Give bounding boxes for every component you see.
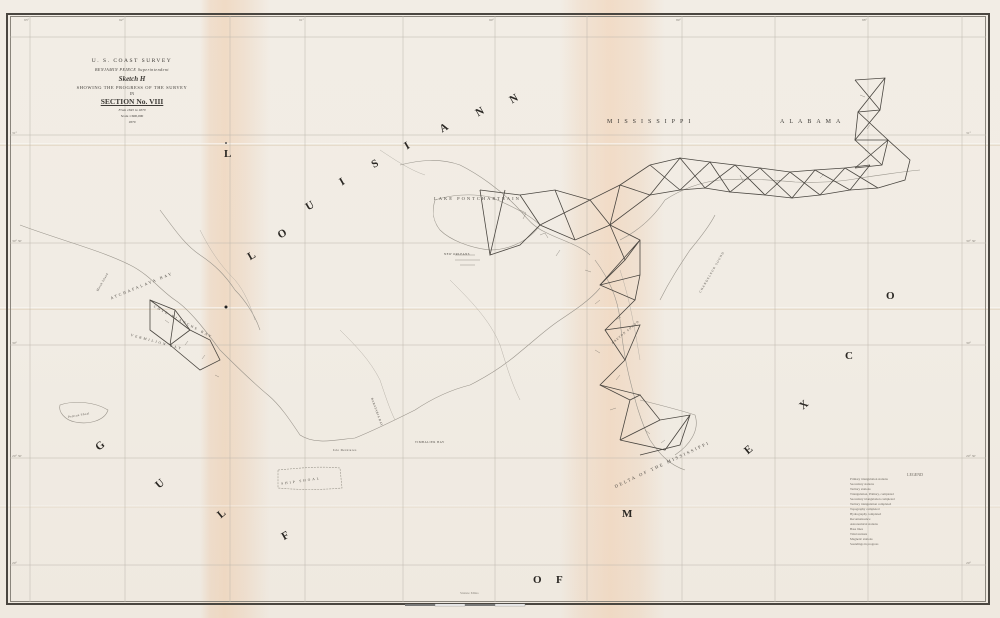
coord-top: 93° [24, 18, 29, 22]
scale-note: Scale 1:600,000 [62, 114, 202, 118]
coord-top: 92° [119, 18, 124, 22]
agency-title: U. S. COAST SURVEY [62, 58, 202, 64]
label-gulf-letter: F [556, 574, 563, 586]
sketch-title: Sketch H [62, 75, 202, 83]
coord-right: 30° 30' [966, 239, 976, 243]
year: 1870 [62, 120, 202, 124]
fold-mark [225, 142, 227, 144]
coord-top: 90° [489, 18, 494, 22]
section-title: SECTION No. VIII [62, 97, 202, 106]
label-gulf-letter: M [622, 508, 632, 520]
station-detail [165, 95, 870, 443]
scale-bar [405, 596, 555, 600]
subtitle: SHOWING THE PROGRESS OF THE SURVEY [62, 85, 202, 90]
label-isle-dernieres: Isle Dernieres [333, 448, 357, 452]
coord-right: 30° [966, 341, 971, 345]
coord-right: 29° 30' [966, 454, 976, 458]
title-block: U. S. COAST SURVEY BENJAMIN PEIRCE Super… [62, 58, 202, 124]
coord-left: 29° [12, 561, 17, 565]
label-gulf-letter: C [845, 350, 853, 362]
scale-label: Statute Miles [460, 591, 479, 595]
label-mississippi: MISSISSIPPI [607, 119, 695, 125]
label-new-orleans: NEW ORLEANS [444, 252, 470, 256]
coord-left: 30° 30' [12, 239, 22, 243]
coord-right: 31° [966, 131, 971, 135]
coord-top: 88° [862, 18, 867, 22]
coord-top: 89° [676, 18, 681, 22]
coord-right: 29° [966, 561, 971, 565]
label-timbalier-bay: TIMBALIER BAY [415, 440, 445, 444]
label-louisiana-letter: L [224, 148, 231, 160]
coastline [20, 160, 920, 489]
coord-left: 29° 30' [12, 454, 22, 458]
rivers [200, 150, 640, 420]
label-gulf-letter: O [533, 574, 542, 586]
subtitle-connector: IN [62, 91, 202, 96]
coord-left: 30° [12, 341, 17, 345]
period: From 1845 to 1870 [62, 108, 202, 112]
coord-left: 31° [12, 131, 17, 135]
triangulation-network [150, 78, 910, 455]
label-lake-pontchartrain: LAKE PONTCHARTRAIN [434, 196, 521, 201]
fold-mark [225, 306, 228, 309]
label-alabama: ALABAMA [780, 119, 845, 125]
superintendent-line: BENJAMIN PEIRCE Superintendent [62, 67, 202, 72]
legend-row: Soundings in progress [850, 542, 980, 547]
label-gulf-letter: O [886, 290, 895, 302]
map-legend: LEGEND Primary triangulation stations Se… [850, 472, 980, 547]
coord-top: 91° [299, 18, 304, 22]
